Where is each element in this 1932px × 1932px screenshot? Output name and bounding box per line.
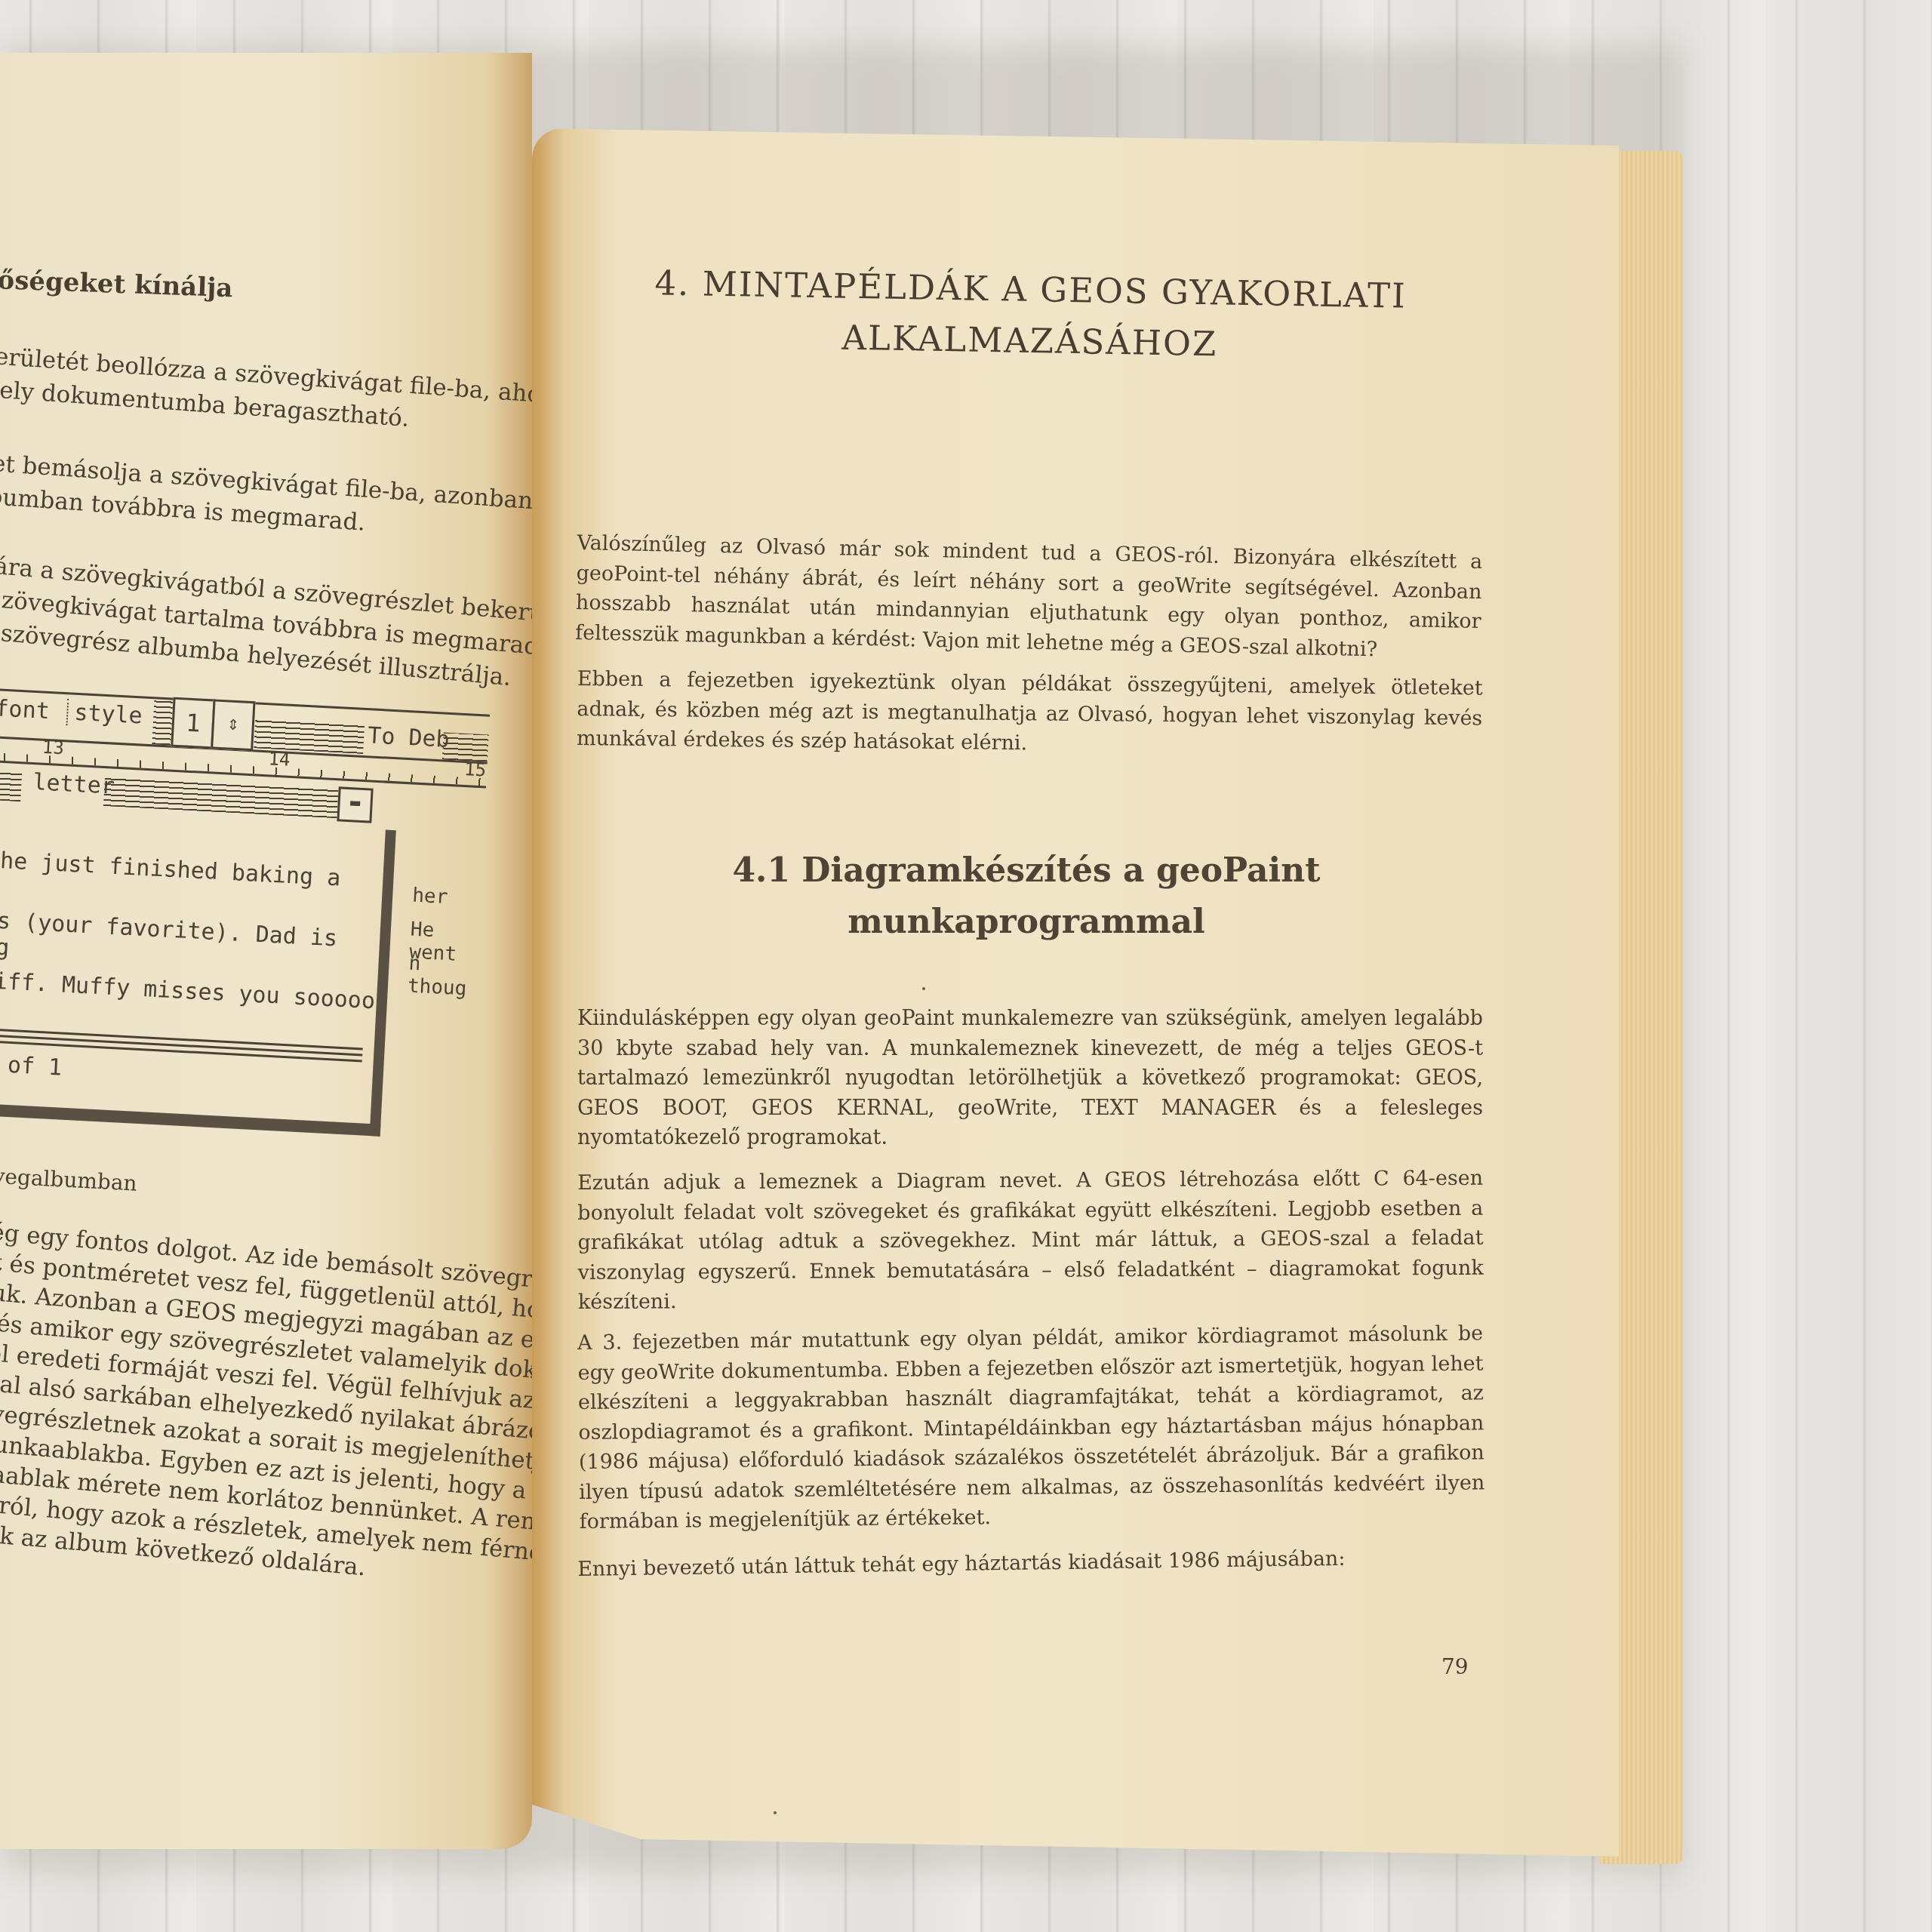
section-paragraph-3: A 3. fejezetben már mutattunk egy olyan … bbox=[577, 1318, 1485, 1537]
side-text: her bbox=[412, 884, 448, 909]
left-paragraph-1: t területét beollózza a szövegkivágat fi… bbox=[0, 338, 595, 448]
intro-paragraph-1: Valószínűleg az Olvasó már sok mindent t… bbox=[575, 528, 1483, 666]
up-down-arrows-icon: ⇕ bbox=[211, 699, 255, 751]
document-window: w. She just finished baking a her okies … bbox=[0, 807, 396, 1137]
side-text: n thoug bbox=[407, 952, 485, 1001]
left-paragraph-3: ására a szövegkivágatból a szövegrészlet… bbox=[0, 547, 553, 697]
section-paragraph-1: Kiindulásképpen egy olyan geoPaint munka… bbox=[577, 1004, 1483, 1153]
paper-speck bbox=[922, 987, 925, 990]
geowrite-screenshot-figure: font style 1 ⇕ To Deb 13 14 15 letter ▬ … bbox=[0, 687, 497, 1182]
hatch-pattern bbox=[152, 699, 173, 745]
left-paragraph-2: etet bemásolja a szövegkivágat file-ba, … bbox=[0, 445, 534, 551]
ruler-mark: 15 bbox=[463, 758, 486, 780]
document-title: To Deb bbox=[367, 722, 450, 753]
font-menu: font bbox=[0, 695, 51, 724]
left-page: etőségeket kínálja t területét beollózza… bbox=[0, 53, 532, 1849]
section-paragraph-2: Ezután adjuk a lemeznek a Diagram nevet.… bbox=[577, 1164, 1484, 1318]
ruler-mark: 14 bbox=[268, 748, 291, 770]
left-page-heading: etőségeket kínálja bbox=[0, 264, 233, 303]
figure-caption: zövegalbumban bbox=[0, 1162, 137, 1196]
window-title: letter bbox=[32, 769, 115, 800]
left-paragraph-4: még egy fontos dolgot. Az ide bemásolt s… bbox=[0, 1215, 601, 1601]
style-menu: style bbox=[66, 699, 143, 729]
page-number: 79 bbox=[1441, 1654, 1469, 1679]
title-bar-stripes bbox=[103, 776, 339, 818]
title-bar-stripes bbox=[442, 732, 489, 761]
page-indicator: 1 of 1 bbox=[0, 1051, 63, 1081]
page-number-box: 1 bbox=[171, 697, 215, 749]
intro-paragraph-2: Ebben a fejezetben igyekeztünk olyan pél… bbox=[577, 664, 1483, 763]
chapter-title: 4. MINTAPÉLDÁK A GEOS GYAKORLATI ALKALMA… bbox=[595, 257, 1465, 374]
right-page bbox=[532, 128, 1619, 1857]
paper-speck bbox=[774, 1811, 777, 1814]
close-box-icon: ▬ bbox=[337, 786, 373, 823]
ruler-mark: 13 bbox=[42, 737, 64, 758]
document-text-line: okies (your favorite). Dad is doing bbox=[0, 905, 380, 980]
document-text-line: w. She just finished baking a bbox=[0, 844, 341, 891]
title-bar-stripes bbox=[0, 768, 22, 801]
section-title: 4.1 Diagramkészítés a geoPaint munkaprog… bbox=[679, 845, 1374, 948]
